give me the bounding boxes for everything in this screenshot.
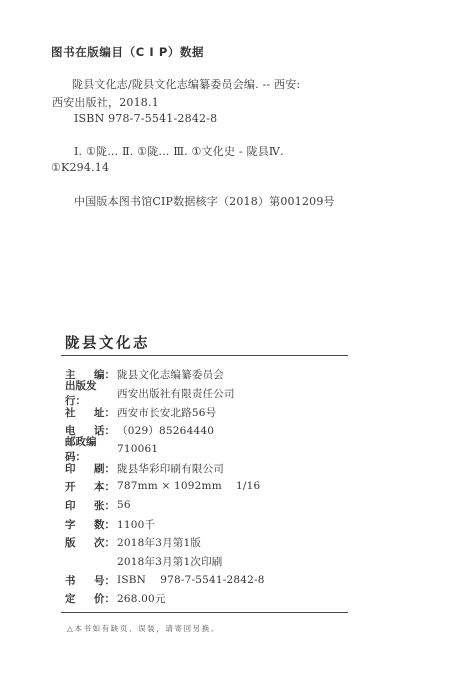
colophon-row-publisher: 出版发行： 西安出版社有限责任公司 [65, 385, 235, 401]
row-label: 开本： [65, 479, 117, 494]
row-label: 印张： [65, 498, 117, 513]
row-label: 版次： [65, 535, 117, 550]
colophon-row-isbn: 书号： ISBN 978-7-5541-2842-8 [65, 572, 265, 588]
bottom-divider [61, 612, 348, 613]
row-label: 字数： [65, 517, 117, 532]
colophon-row-postcode: 邮政编码： 710061 [65, 441, 158, 457]
row-value: 2018年3月第1次印刷 [117, 554, 222, 569]
colophon-row-word-count: 字数： 1100千 [65, 516, 155, 532]
row-label: 书号： [65, 573, 117, 588]
row-label: 印刷： [65, 461, 117, 476]
colophon-row-edition: 版次： 2018年3月第1版 [65, 534, 201, 550]
cip-line-classification: Ⅰ. ①陇… Ⅱ. ①陇… Ⅲ. ①文化史 - 陇县Ⅳ. [74, 143, 284, 159]
cip-line-library-record: 中国版本图书馆CIP数据核字（2018）第001209号 [74, 193, 335, 209]
colophon-row-format: 开本： 787mm × 1092mm 1/16 [65, 478, 260, 494]
row-value: 陇县文化志编纂委员会 [117, 367, 224, 382]
cip-line-call-number: ①K294.14 [51, 161, 109, 174]
row-value: 56 [117, 499, 131, 511]
row-value: 710061 [117, 443, 158, 455]
colophon-row-printer: 印刷： 陇县华彩印刷有限公司 [65, 460, 224, 476]
cip-heading: 图书在版编目（C I P）数据 [51, 44, 204, 60]
cip-line-publisher: 西安出版社，2018.1 [52, 94, 159, 110]
row-value: 1100千 [117, 517, 155, 532]
colophon-row-price: 定价： 268.00元 [65, 590, 166, 606]
top-divider [61, 355, 348, 356]
cip-line-isbn: ISBN 978-7-5541-2842-8 [74, 112, 217, 125]
colophon-row-address: 社址： 西安市长安北路56号 [65, 404, 216, 420]
colophon-row-sheets: 印张： 56 [65, 497, 131, 513]
colophon-row-printing: 2018年3月第1次印刷 [65, 553, 222, 569]
row-value: 268.00元 [117, 591, 166, 606]
book-title: 陇县文化志 [65, 332, 150, 353]
row-value: 陇县华彩印刷有限公司 [117, 461, 224, 476]
row-label: 定价： [65, 591, 117, 606]
row-value: （029）85264440 [117, 423, 214, 438]
row-value: ISBN 978-7-5541-2842-8 [117, 574, 265, 586]
row-value: 787mm × 1092mm 1/16 [117, 480, 260, 492]
row-label: 社址： [65, 405, 117, 420]
defect-replacement-note: △本书如有缺页、误装，请寄回另换。 [67, 623, 220, 634]
row-value: 2018年3月第1版 [117, 535, 201, 550]
row-value: 西安市长安北路56号 [117, 405, 216, 420]
row-value: 西安出版社有限责任公司 [117, 386, 235, 401]
cip-line-title: 陇县文化志/陇县文化志编纂委员会编. -- 西安: [72, 76, 300, 92]
